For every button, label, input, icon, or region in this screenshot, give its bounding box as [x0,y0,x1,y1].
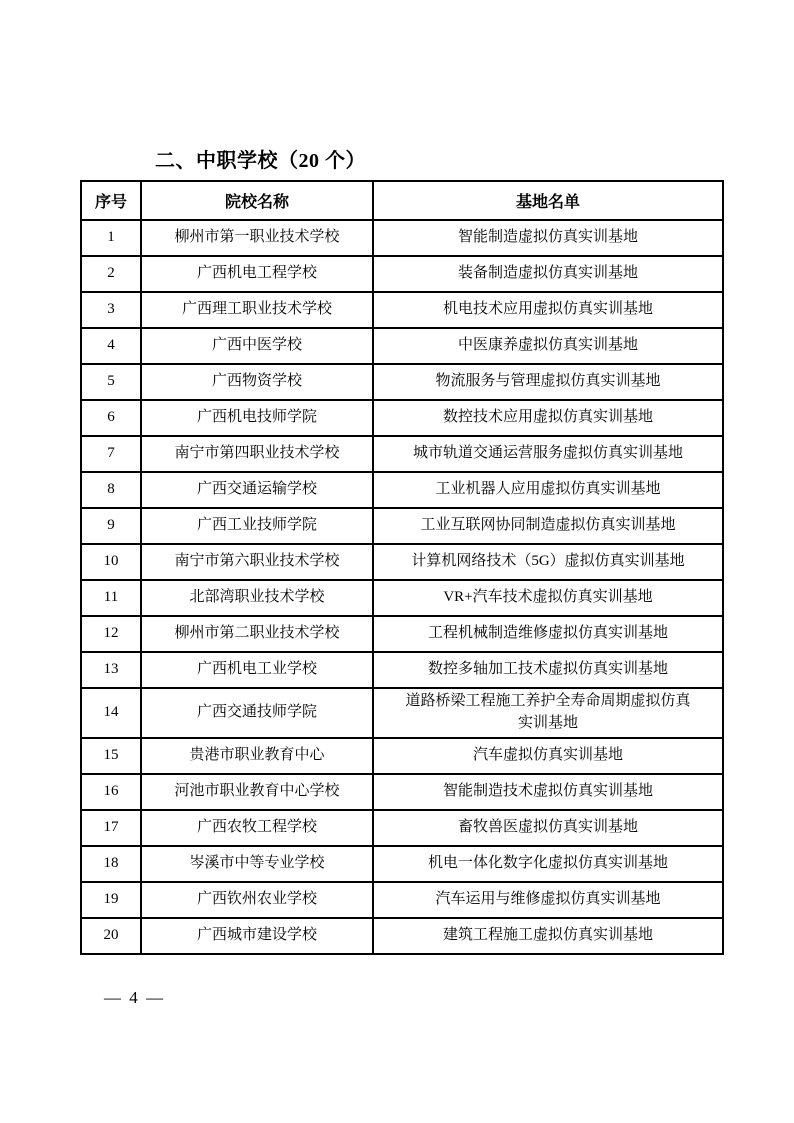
cell-school: 广西农牧工程学校 [141,810,373,846]
table-row: 4广西中医学校中医康养虚拟仿真实训基地 [81,328,723,364]
table-row: 13广西机电工业学校数控多轴加工技术虚拟仿真实训基地 [81,652,723,688]
cell-no: 16 [81,774,141,810]
cell-base: 智能制造虚拟仿真实训基地 [373,220,723,256]
cell-no: 12 [81,616,141,652]
table-row: 12柳州市第二职业技术学校工程机械制造维修虚拟仿真实训基地 [81,616,723,652]
cell-school: 南宁市第四职业技术学校 [141,436,373,472]
cell-school: 广西机电工业学校 [141,652,373,688]
cell-school: 广西物资学校 [141,364,373,400]
header-row: 序号 院校名称 基地名单 [81,181,723,220]
cell-no: 3 [81,292,141,328]
cell-school: 广西工业技师学院 [141,508,373,544]
cell-no: 14 [81,688,141,738]
cell-no: 4 [81,328,141,364]
cell-no: 18 [81,846,141,882]
cell-base: 智能制造技术虚拟仿真实训基地 [373,774,723,810]
table-row: 9广西工业技师学院工业互联网协同制造虚拟仿真实训基地 [81,508,723,544]
cell-no: 11 [81,580,141,616]
table-row: 7南宁市第四职业技术学校城市轨道交通运营服务虚拟仿真实训基地 [81,436,723,472]
table-body: 1柳州市第一职业技术学校智能制造虚拟仿真实训基地2广西机电工程学校装备制造虚拟仿… [81,220,723,954]
cell-school: 北部湾职业技术学校 [141,580,373,616]
cell-base: 装备制造虚拟仿真实训基地 [373,256,723,292]
table-row: 2广西机电工程学校装备制造虚拟仿真实训基地 [81,256,723,292]
cell-no: 13 [81,652,141,688]
cell-base: 机电一体化数字化虚拟仿真实训基地 [373,846,723,882]
cell-base: 机电技术应用虚拟仿真实训基地 [373,292,723,328]
cell-base: 城市轨道交通运营服务虚拟仿真实训基地 [373,436,723,472]
cell-school: 广西机电工程学校 [141,256,373,292]
cell-base: 中医康养虚拟仿真实训基地 [373,328,723,364]
cell-school: 柳州市第二职业技术学校 [141,616,373,652]
column-header-school: 院校名称 [141,181,373,220]
cell-no: 6 [81,400,141,436]
page-number: — 4 — [104,988,165,1008]
table-row: 8广西交通运输学校工业机器人应用虚拟仿真实训基地 [81,472,723,508]
cell-base: 数控多轴加工技术虚拟仿真实训基地 [373,652,723,688]
cell-school: 南宁市第六职业技术学校 [141,544,373,580]
schools-table: 序号 院校名称 基地名单 1柳州市第一职业技术学校智能制造虚拟仿真实训基地2广西… [80,180,724,955]
column-header-no: 序号 [81,181,141,220]
cell-school: 岑溪市中等专业学校 [141,846,373,882]
cell-no: 7 [81,436,141,472]
cell-no: 15 [81,738,141,774]
cell-no: 10 [81,544,141,580]
cell-base: 汽车运用与维修虚拟仿真实训基地 [373,882,723,918]
table-row: 14广西交通技师学院道路桥梁工程施工养护全寿命周期虚拟仿真 实训基地 [81,688,723,738]
table-row: 20广西城市建设学校建筑工程施工虚拟仿真实训基地 [81,918,723,954]
table-row: 1柳州市第一职业技术学校智能制造虚拟仿真实训基地 [81,220,723,256]
cell-no: 1 [81,220,141,256]
cell-school: 广西钦州农业学校 [141,882,373,918]
cell-school: 广西交通技师学院 [141,688,373,738]
cell-base: 工程机械制造维修虚拟仿真实训基地 [373,616,723,652]
cell-school: 广西中医学校 [141,328,373,364]
cell-no: 5 [81,364,141,400]
cell-base: 道路桥梁工程施工养护全寿命周期虚拟仿真 实训基地 [373,688,723,738]
cell-school: 柳州市第一职业技术学校 [141,220,373,256]
cell-school: 广西机电技师学院 [141,400,373,436]
table-row: 17广西农牧工程学校畜牧兽医虚拟仿真实训基地 [81,810,723,846]
cell-school: 贵港市职业教育中心 [141,738,373,774]
table-row: 19广西钦州农业学校汽车运用与维修虚拟仿真实训基地 [81,882,723,918]
cell-no: 2 [81,256,141,292]
table-row: 18岑溪市中等专业学校机电一体化数字化虚拟仿真实训基地 [81,846,723,882]
cell-no: 19 [81,882,141,918]
cell-base: 物流服务与管理虚拟仿真实训基地 [373,364,723,400]
cell-base: 畜牧兽医虚拟仿真实训基地 [373,810,723,846]
cell-school: 广西城市建设学校 [141,918,373,954]
table-row: 5广西物资学校物流服务与管理虚拟仿真实训基地 [81,364,723,400]
table-header: 序号 院校名称 基地名单 [81,181,723,220]
cell-base: 工业互联网协同制造虚拟仿真实训基地 [373,508,723,544]
table-row: 15贵港市职业教育中心汽车虚拟仿真实训基地 [81,738,723,774]
cell-school: 广西理工职业技术学校 [141,292,373,328]
cell-school: 河池市职业教育中心学校 [141,774,373,810]
table-row: 3广西理工职业技术学校机电技术应用虚拟仿真实训基地 [81,292,723,328]
cell-base: 汽车虚拟仿真实训基地 [373,738,723,774]
cell-base: 计算机网络技术（5G）虚拟仿真实训基地 [373,544,723,580]
cell-base: 工业机器人应用虚拟仿真实训基地 [373,472,723,508]
cell-base: 建筑工程施工虚拟仿真实训基地 [373,918,723,954]
cell-no: 9 [81,508,141,544]
cell-no: 8 [81,472,141,508]
table-row: 6广西机电技师学院数控技术应用虚拟仿真实训基地 [81,400,723,436]
cell-no: 17 [81,810,141,846]
table-row: 11北部湾职业技术学校VR+汽车技术虚拟仿真实训基地 [81,580,723,616]
cell-school: 广西交通运输学校 [141,472,373,508]
cell-base: 数控技术应用虚拟仿真实训基地 [373,400,723,436]
column-header-base: 基地名单 [373,181,723,220]
table-row: 16河池市职业教育中心学校智能制造技术虚拟仿真实训基地 [81,774,723,810]
cell-no: 20 [81,918,141,954]
page-title: 二、中职学校（20 个） [155,144,366,173]
cell-base: VR+汽车技术虚拟仿真实训基地 [373,580,723,616]
table-row: 10南宁市第六职业技术学校计算机网络技术（5G）虚拟仿真实训基地 [81,544,723,580]
